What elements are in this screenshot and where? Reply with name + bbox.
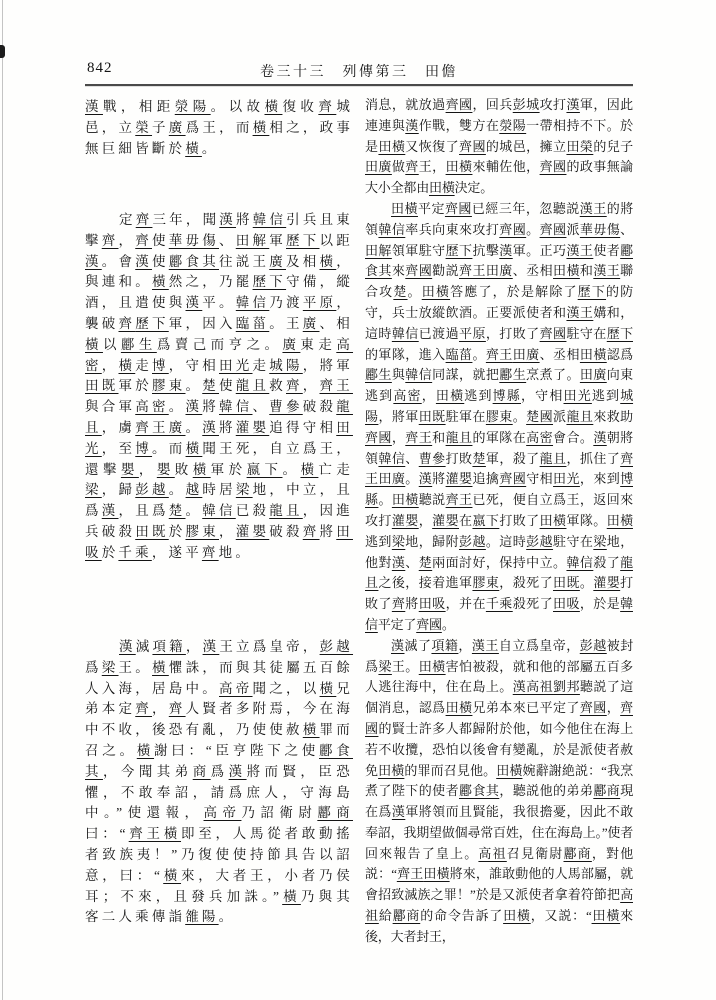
translation-text-column: 消息，就放過齊國，回兵彭城攻打漢軍，因此連連與漢作戰，雙方在滎陽一帶相持不下。於… xyxy=(365,95,633,948)
translation-paragraph: 漢滅了項籍，漢王自立爲皇帝，彭越被封爲梁王。田橫害怕被殺，就和他的部屬五百多人逃… xyxy=(365,636,633,948)
scan-edge-line xyxy=(2,0,3,1000)
original-text-column: 漢戰，相距滎陽。以故橫復收齊城邑，立榮子廣爲王，而橫相之，政事無巨細皆斷於橫。 … xyxy=(85,95,353,935)
original-paragraph: 定齊三年，聞漢將韓信引兵且東擊齊，齊使華毋傷、田解軍歷下以距漢。會漢使酈食其往説… xyxy=(85,210,353,564)
translation-paragraph: 消息，就放過齊國，回兵彭城攻打漢軍，因此連連與漢作戰，雙方在滎陽一帶相持不下。於… xyxy=(365,95,633,199)
chapter-title: 卷三十三 列傳第三 田儋 xyxy=(85,61,633,81)
original-paragraph: 漢戰，相距滎陽。以故橫復收齊城邑，立榮子廣爲王，而橫相之，政事無巨細皆斷於橫。 xyxy=(85,97,353,159)
translation-paragraph: 田橫平定齊國已經三年，忽聽説漢王的將領韓信率兵向東來攻打齊國。齊國派華毋傷、田解… xyxy=(365,199,633,636)
scanned-book-page: 842 卷三十三 列傳第三 田儋 漢戰，相距滎陽。以故橫復收齊城邑，立榮子廣爲王… xyxy=(0,0,716,1000)
page-header: 842 卷三十三 列傳第三 田儋 xyxy=(85,59,633,81)
header-divider-rule xyxy=(85,84,633,86)
original-paragraph: 漢滅項籍，漢王立爲皇帝，彭越爲梁王。橫懼誅，而與其徒屬五百餘人入海，居島中。高帝… xyxy=(85,637,353,928)
scan-artifact-blob xyxy=(0,45,5,58)
